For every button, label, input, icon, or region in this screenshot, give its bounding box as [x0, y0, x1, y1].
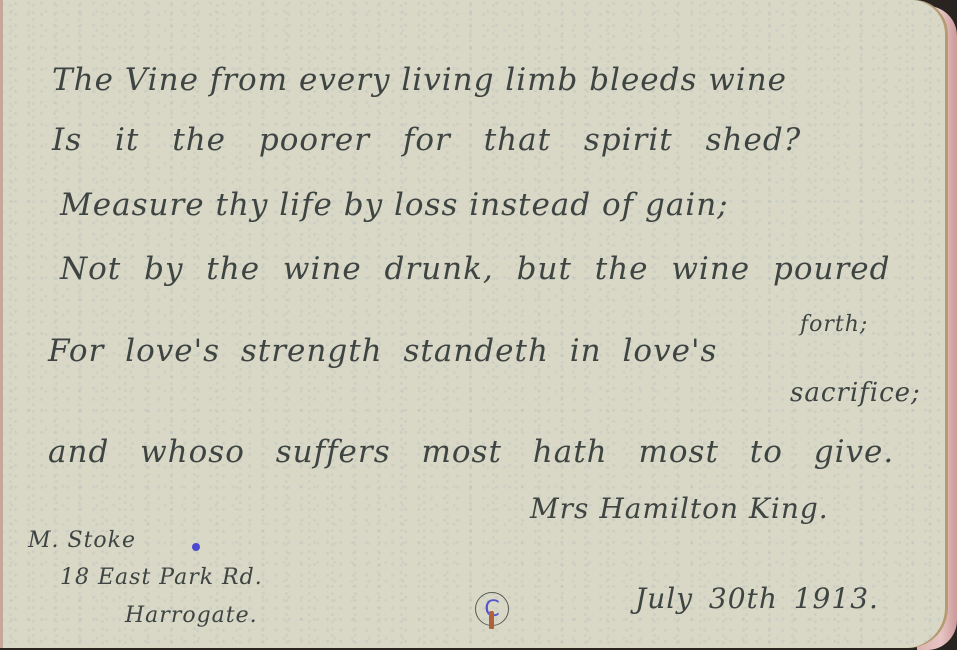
ink-dot	[192, 543, 200, 551]
signature-address-line-2: Harrogate.	[125, 603, 258, 628]
album-page: The Vine from every living limb bleeds w…	[0, 0, 948, 648]
figure-icon	[489, 611, 494, 629]
poem-line-3: Measure thy life by loss instead of gain…	[60, 187, 729, 223]
poem-line-6: and whoso suffers most hath most to give…	[48, 434, 894, 470]
poem-attribution: Mrs Hamilton King.	[530, 492, 829, 525]
signature-address-line-1: 18 East Park Rd.	[60, 565, 263, 590]
copyright-stamp-icon: C	[475, 592, 509, 626]
poem-line-4: Not by the wine drunk, but the wine pour…	[60, 251, 890, 287]
entry-date: July 30th 1913.	[635, 582, 879, 615]
signature-name: M. Stoke	[28, 528, 136, 553]
poem-line-1: The Vine from every living limb bleeds w…	[52, 62, 787, 98]
poem-line-5: For love's strength standeth in love's	[48, 333, 717, 369]
poem-line-2: Is it the poorer for that spirit shed?	[52, 122, 801, 158]
poem-line-5-continuation: sacrifice;	[790, 378, 921, 408]
poem-line-4-continuation: forth;	[800, 312, 868, 337]
